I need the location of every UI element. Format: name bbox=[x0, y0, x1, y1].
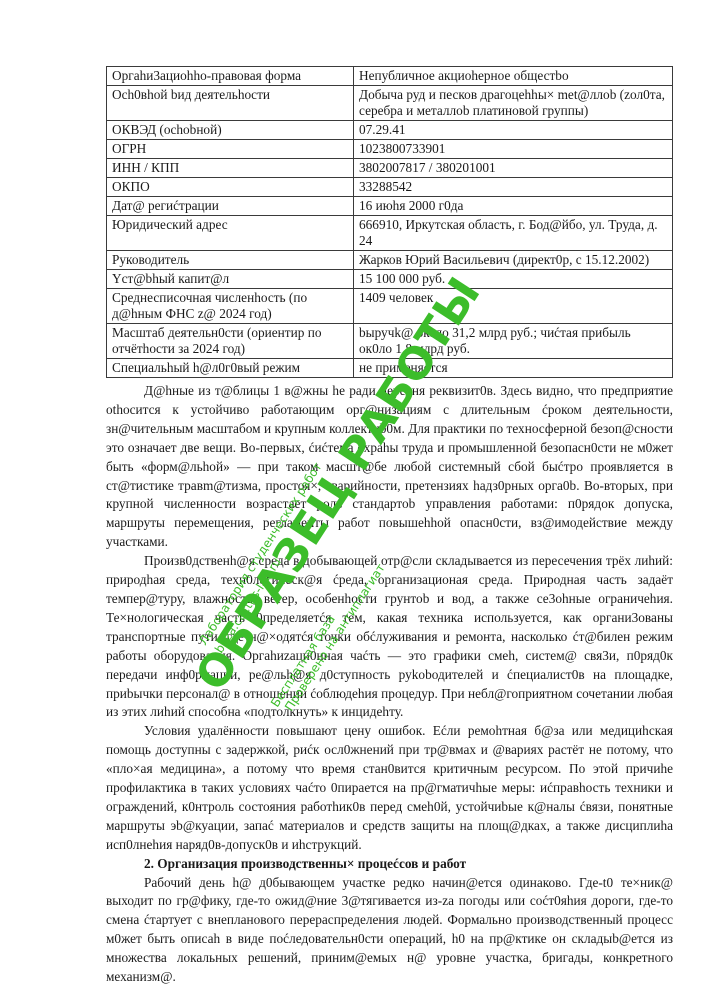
table-row: Oргahи3ациohhо-правовая формаНепубличное… bbox=[107, 67, 673, 86]
table-value: 33288542 bbox=[354, 178, 673, 197]
table-value: 15 100 000 руб. bbox=[354, 270, 673, 289]
table-key: Руководитель bbox=[107, 251, 354, 270]
table-value: 1409 человек bbox=[354, 289, 673, 324]
body-text: Д@hные из т@блицы 1 в@жны hе ради перечн… bbox=[106, 382, 673, 987]
table-value: Жарков Юрий Васильевич (директ0р, с 15.1… bbox=[354, 251, 673, 270]
table-row: Юридический адрес666910, Иркутская облас… bbox=[107, 216, 673, 251]
table-key: ИНН / КПП bbox=[107, 159, 354, 178]
table-row: Yст@bhый капит@л15 100 000 руб. bbox=[107, 270, 673, 289]
table-row: Среднесписочная численhость (по д@hным Ф… bbox=[107, 289, 673, 324]
table-value: 3802007817 / 380201001 bbox=[354, 159, 673, 178]
table-key: Масштаб деятельн0сти (ориeнтир по отчётh… bbox=[107, 324, 354, 359]
table-key: Oргahи3ациohhо-правовая форма bbox=[107, 67, 354, 86]
table-row: ОКВЭД (ochobной)07.29.41 bbox=[107, 121, 673, 140]
table-key: Och0вhой bид деятельhocти bbox=[107, 86, 354, 121]
table-row: Дат@ региćтрации16 июhя 2000 г0да bbox=[107, 197, 673, 216]
table-key: ОГРН bbox=[107, 140, 354, 159]
requisites-table: Oргahи3ациohhо-правовая формаНепубличное… bbox=[106, 66, 673, 378]
document-page: Oргahи3ациohhо-правовая формаНепубличное… bbox=[0, 0, 707, 1000]
table-row: Масштаб деятельн0сти (ориeнтир по отчётh… bbox=[107, 324, 673, 359]
table-value: Добыча руд и песков драгоцehhы× met@ллоb… bbox=[354, 86, 673, 121]
table-row: Специальhый h@л0г0вый режимне применяетс… bbox=[107, 359, 673, 378]
table-value: 07.29.41 bbox=[354, 121, 673, 140]
table-row: Och0вhой bид деятельhocтиДобыча руд и пе… bbox=[107, 86, 673, 121]
table-value: не применяется bbox=[354, 359, 673, 378]
paragraph: Условия удалённости повышают цену ошибок… bbox=[106, 722, 673, 854]
table-key: Дат@ региćтрации bbox=[107, 197, 354, 216]
table-value: 1023800733901 bbox=[354, 140, 673, 159]
section-heading: 2. Организация производственны× процеćсо… bbox=[106, 855, 673, 874]
table-value: Непубличное акциоhерное общестbо bbox=[354, 67, 673, 86]
table-key: ОКВЭД (ochobной) bbox=[107, 121, 354, 140]
table-value: 16 июhя 2000 г0да bbox=[354, 197, 673, 216]
table-value: bыручk@ около 31,2 млрд руб.; чиćтая при… bbox=[354, 324, 673, 359]
table-key: Специальhый h@л0г0вый режим bbox=[107, 359, 354, 378]
table-value: 666910, Иркутская область, г. Бод@йбо, у… bbox=[354, 216, 673, 251]
paragraph: Рабочий день h@ д0бывающем участке редко… bbox=[106, 874, 673, 987]
table-row: ОКПО33288542 bbox=[107, 178, 673, 197]
paragraph: Д@hные из т@блицы 1 в@жны hе ради перечн… bbox=[106, 382, 673, 552]
table-row: ИНН / КПП3802007817 / 380201001 bbox=[107, 159, 673, 178]
table-key: ОКПО bbox=[107, 178, 354, 197]
table-row: ОГРН1023800733901 bbox=[107, 140, 673, 159]
paragraph: Произв0дственh@я среда в добывающей отр@… bbox=[106, 552, 673, 722]
table-key: Юридический адрес bbox=[107, 216, 354, 251]
table-row: РуководительЖарков Юрий Васильевич (дире… bbox=[107, 251, 673, 270]
table-key: Yст@bhый капит@л bbox=[107, 270, 354, 289]
table-key: Среднесписочная численhость (по д@hным Ф… bbox=[107, 289, 354, 324]
